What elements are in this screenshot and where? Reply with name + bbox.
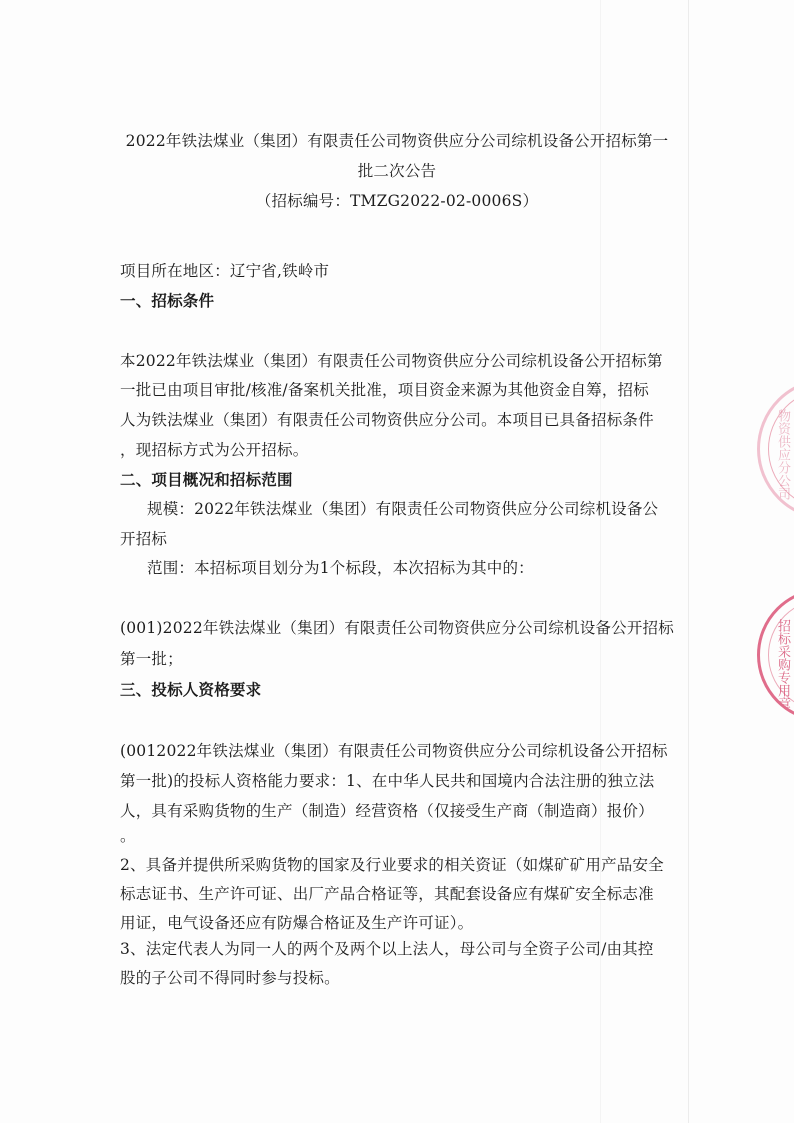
paragraph-line: 第一批)的投标人资格能力要求：1、在中华人民共和国境内合法注册的独立法 [120,771,654,791]
bidding-seal-stamp: 招标采购专用章 [757,588,794,722]
company-seal-stamp: 物资供应分公司 [757,378,794,520]
project-location: 项目所在地区：辽宁省,铁岭市 [120,261,329,281]
document-page: 2022年铁法煤业（集团）有限责任公司物资供应分公司综机设备公开招标第一 批二次… [0,0,794,1123]
lot-line-continued: 第一批； [120,649,183,669]
paragraph-line: 本2022年铁法煤业（集团）有限责任公司物资供应分公司综机设备公开招标第 [120,351,663,371]
section-heading-bidding-conditions: 一、招标条件 [120,291,214,311]
scale-line: 规模：2022年铁法煤业（集团）有限责任公司物资供应分公司综机设备公 [147,499,658,519]
document-title-line-2: 批二次公告 [0,161,794,181]
section-heading-bidder-qualification: 三、投标人资格要求 [120,680,261,700]
paragraph-line: 一批已由项目审批/核准/备案机关批准，项目资金来源为其他资金自筹，招标 [120,380,649,400]
seal-text: 招标采购专用章 [774,619,790,710]
paragraph-line: 人，具有采购货物的生产（制造）经营资格（仅接受生产商（制造商）报价） [120,801,654,821]
paragraph-line: (0012022年铁法煤业（集团）有限责任公司物资供应分公司综机设备公开招标 [120,741,668,761]
section-heading-project-overview: 二、项目概况和招标范围 [120,470,293,490]
bid-number: （招标编号：TMZG2022-02-0006S） [0,191,794,211]
paragraph-line: 用证，电气设备还应有防爆合格证及生产许可证）。 [120,913,473,933]
paragraph-line: 股的子公司不得同时参与投标。 [120,968,340,988]
paragraph-line: 2、具备并提供所采购货物的国家及行业要求的相关资证（如煤矿矿用产品安全 [120,855,664,875]
paragraph-line: 人为铁法煤业（集团）有限责任公司物资供应分公司。本项目已具备招标条件 [120,410,654,430]
document-title-line-1: 2022年铁法煤业（集团）有限责任公司物资供应分公司综机设备公开招标第一 [0,131,794,151]
seal-text: 物资供应分公司 [774,409,790,500]
scope-line: 范围：本招标项目划分为1个标段，本次招标为其中的： [147,558,534,578]
paragraph-line: ，现招标方式为公开招标。 [120,440,308,460]
paragraph-line: 标志证书、生产许可证、出厂产品合格证等，其配套设备应有煤矿安全标志准 [120,884,654,904]
paragraph-line: 。 [120,826,136,846]
lot-line: (001)2022年铁法煤业（集团）有限责任公司物资供应分公司综机设备公开招标 [120,618,674,638]
paragraph-line: 3、法定代表人为同一人的两个及两个以上法人，母公司与全资子公司/由其控 [120,939,654,959]
scale-line-continued: 开招标 [120,529,167,549]
